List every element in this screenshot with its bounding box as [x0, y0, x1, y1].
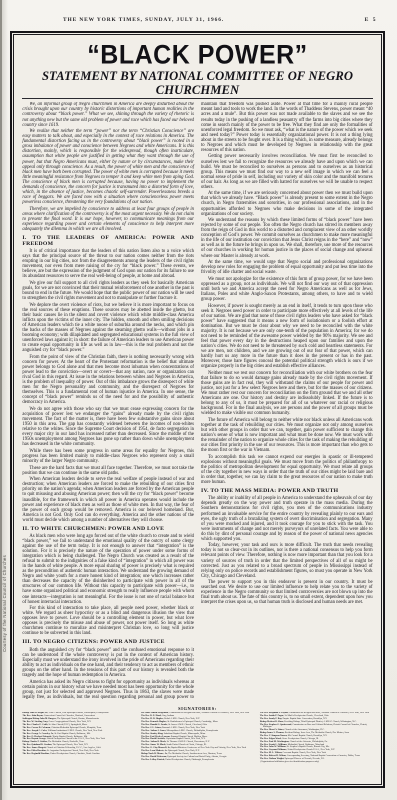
signatory-name: The Rev. M. L. Wilson,	[260, 752, 282, 754]
signatory-name: The Rev. Donald G. Jacobs,	[141, 724, 168, 726]
section-heading: IV. TO THE MASS MEDIA: POWER AND TRUTH	[201, 488, 373, 494]
signatories-column: The Rev. Benjamin F. Payton,Commission o…	[260, 712, 373, 783]
side-credit: Courtesy of the National Council of Chur…	[2, 555, 7, 652]
signatory-name: The Rev. David Nickerson,	[141, 756, 167, 758]
signatory-name: The Rev. Elder Hawkins,	[22, 750, 46, 752]
signatory-affiliation: the Episcopal Church, New York, N.Y.	[164, 750, 199, 752]
signatory-name: The Rev. Quinland R. Gordon,	[22, 744, 52, 746]
signatory-name: The Rev. Arthur B. Mack,	[141, 741, 166, 743]
signatory-name: The Rev. Edgar Ward,	[260, 738, 282, 740]
signatory-name: The Rev. James W. Mack,	[141, 744, 166, 746]
signatory-affiliation: Episcopal Society for Cultural and Racia…	[167, 756, 227, 758]
statement-box-inner: “BLACK POWER” STATEMENT BY NATIONAL COMM…	[13, 34, 381, 784]
statement-paragraph: We must not apologize for the existence …	[201, 277, 373, 302]
signatory-affiliation: St. James A.M.E. Church, Cleveland, Ohio	[168, 724, 207, 726]
statement-paragraph: We give our full support to all civil ri…	[22, 281, 194, 301]
masthead: THE NEW YORK TIMES, SUNDAY, JULY 31, 196…	[63, 17, 224, 23]
signatory-affiliation: St. Bartholomew's Episcopal Church, Camb…	[167, 721, 218, 723]
section-heading: I. TO THE LEADERS OF AMERICA: POWER AND …	[22, 235, 194, 247]
statement-paragraph: The power to support you in this endeavo…	[201, 580, 373, 605]
statement-paragraph: Today, however, your task and ours is mo…	[201, 543, 373, 578]
statement-paragraph: At the same time, if we are seriously co…	[201, 191, 373, 216]
statement-paragraph: Getting power necessarily involves recon…	[201, 154, 373, 189]
section-heading: III. TO NEGRO CITIZENS: POWER AND JUSTIC…	[22, 639, 194, 645]
signatory-name: The Rev. Paul M. Washington,	[260, 741, 289, 743]
signatures-section: SIGNATORIES: Bishop John D. Bright, Sr.,…	[22, 706, 372, 784]
signatory: The Rev. LeRoy Patrick,United Presbyteri…	[141, 759, 254, 761]
signatory-name: Suffragan Bishop John M. Burgess,	[22, 718, 56, 720]
signatory-affiliation: The Methodist Church, Nashville, Tenn.	[48, 741, 85, 743]
signatory-name: The Rev. Sandy F. Ray,	[260, 718, 282, 720]
signatory-name: The Rev. John Bryan,	[22, 715, 43, 717]
signatory-affiliation: United Presbyterian Church, Charlotte, N…	[50, 753, 100, 755]
signatory-name: The Rev. O. Clay Maxwell, Jr.,	[141, 747, 170, 749]
signatory-name: The Rev. James Hargett,	[22, 747, 46, 749]
subtitle: STATEMENT BY NATIONAL COMMITTEE OF NEGRO…	[22, 70, 372, 97]
statement-paragraph: For this kind of interaction to take pla…	[22, 606, 194, 636]
statement-box: “BLACK POWER” STATEMENT BY NATIONAL COMM…	[10, 31, 385, 788]
signatory: The Rev. Reginald Hawkins,United Presbyt…	[22, 753, 135, 755]
statement-paragraph: To accomplish this task we cannot expend…	[201, 455, 373, 485]
signatory-affiliation: Bethel A.M.E. Church, New York, N.Y.	[164, 718, 200, 720]
signatories-heading: SIGNATORIES:	[22, 706, 372, 711]
signatory-name: The Rev. Leon Modeste,	[141, 750, 164, 752]
signatory-affiliation: The Episcopal Church, Boston, Massachuse…	[57, 718, 99, 720]
section-heading: II. TO WHITE CHURCHMEN: POWER AND LOVE	[22, 526, 194, 532]
statement-paragraph: These are the hard facts that we must al…	[22, 466, 194, 476]
signatory-affiliation: St. Paul Baptist Church, Baltimore, Md.	[54, 733, 91, 735]
signatory-name: Bishop Charles F. Golden,	[22, 741, 47, 743]
signatory-affiliation: Episcopal Diocese of Newark, Newark, N.J…	[284, 758, 324, 760]
signatory-name: The Rev. Robert H. Wilson,	[260, 755, 286, 757]
signatory-affiliation: Sabathani Baptist Church, Minneapolis, M…	[163, 733, 206, 735]
signatory-affiliation: Grace Presbyterian Church, Chicago, Ill.	[281, 738, 318, 740]
signatory-name: The Rev. R. E. Hood,	[141, 715, 161, 717]
signatory-affiliation: The Episcopal Church, New York, N.Y.	[52, 744, 88, 746]
intro-paragraph: Therefore, we are impelled by conscience…	[22, 207, 194, 232]
signatory-affiliation: Emanuel A.M.E. Church, New York, New Yor…	[162, 727, 205, 729]
signatory-name: The Rev. V. Simpson Turner,	[260, 735, 287, 737]
signatory-affiliation: Church of Christian Fellowship, U.C.C., …	[46, 747, 101, 749]
signatory-name: The Rev. Frank L. Williams,	[260, 744, 287, 746]
signatory-affiliation: St. Thomas A.M.E.Z. Church, Haverstraw, …	[166, 741, 210, 743]
signatories-column: Bishop John D. Bright, Sr.,AME Church, F…	[22, 712, 135, 783]
signatory-affiliation: Corresponding Secretary, National Baptis…	[286, 755, 360, 757]
signatory-affiliation: United Presbyterian Church U.S.A., New Y…	[287, 749, 335, 751]
statement-paragraph: From the point of view of the Christian …	[22, 355, 194, 405]
signatory-name: The Rev. Stanley King,	[141, 733, 163, 735]
signatory-affiliation: Williams Institutional C.M.E. Church, Ne…	[47, 730, 102, 732]
signatory-name: The Rev. LeRoy Patrick,	[141, 759, 165, 761]
statement-paragraph: At the same time, we would urge that Neg…	[201, 260, 373, 275]
statement-paragraph: The future of America will belong to nei…	[201, 418, 373, 453]
signatory-affiliation: Church of the Atonement, Washington, D.C…	[284, 729, 325, 731]
signatory-affiliation: (Organizational affiliation given for id…	[260, 761, 319, 763]
signatory-affiliation: Mt. Carmel Baptist Church, Brooklyn, N.Y…	[287, 735, 327, 737]
signatory-affiliation: United Presbyterian Church, Pittsburgh, …	[165, 759, 214, 761]
signatory-affiliation: Empire Baptist State Convention, Brookly…	[282, 718, 327, 720]
signatory-affiliation: Grace Congregational Church, New York, N…	[48, 721, 91, 723]
page-number: E 5	[365, 17, 377, 23]
signatory-affiliation: St. John Church (UCC), Springfield, Mass…	[48, 724, 87, 726]
signatory-affiliation: Presiding Bishop, Third Episcopal Distri…	[284, 721, 357, 723]
signatory-affiliation: Connecticut Council of Churches, Hartfor…	[43, 715, 95, 717]
signatory: (Organizational affiliation given for id…	[260, 761, 373, 763]
signatory: The Rev. Stephen G. Spottswood,Commissio…	[260, 724, 373, 729]
signatory-affiliation: Church of the Advocate, Philadelphia, Pa…	[289, 741, 327, 743]
signatory-name: Bishop Noah W. Moore, Jr.,	[141, 753, 168, 755]
statement-paragraph: Neither must we rest our concern for rec…	[201, 371, 373, 416]
signatory-affiliation: South United Church of Christ, Chicago, …	[166, 744, 207, 746]
signatory-affiliation: St. Augustine Presbyterian Church, New Y…	[46, 750, 98, 752]
signatory-name: Bishop James S. Thomas,	[260, 732, 284, 734]
signatory-name: The Rev. H. R. Hughes,	[141, 718, 164, 720]
signatory-affiliation: Gary, Indiana	[161, 715, 174, 717]
signatory-affiliation: Metropolitan A.M.E. Church, Philadelphia…	[166, 730, 218, 732]
signatory-affiliation: St. Mark's Presbyterian Church, Clevelan…	[284, 715, 329, 717]
signatory-name: The Rev. Henri A. Stines,	[260, 729, 284, 731]
signatory-affiliation: Resident Bishop, Iowa Area, The Methodis…	[284, 732, 349, 734]
statement-paragraph: When American leaders decide to serve th…	[22, 477, 194, 522]
signatories-columns: Bishop John D. Bright, Sr.,AME Church, F…	[22, 712, 372, 783]
signatory-name: The Rev. Bryant George,	[22, 738, 46, 740]
signatory-name: The Rev. Gayraud Wilmore,	[260, 749, 287, 751]
signatory-name: The Rev. J. L. Joiner,	[141, 727, 161, 729]
signatory-name: The Rev. Isaiah P. Pogue,	[260, 715, 284, 717]
signatories-column: Dr. Anna Arnold Hedgeman,Commission on R…	[141, 712, 254, 783]
signatory-name: The Rev. Nathan Wright,	[260, 758, 284, 760]
signatory-affiliation: Covenant Baptist Church, New York, New Y…	[282, 752, 326, 754]
signatory-affiliation: The Methodist Church, Southwestern Area,…	[168, 753, 222, 755]
statement-paragraph: Both the anguished cry for “black power”…	[22, 648, 194, 678]
subtitle-rule	[22, 98, 372, 99]
statement-paragraph: We do not agree with those who say that …	[22, 407, 194, 447]
signatory-affiliation: Christian Methodist Episcopal Church, Me…	[51, 727, 102, 729]
signatory-affiliation: Commission on Religion and Race, Nationa…	[169, 712, 250, 714]
signatory-name: Bishop Herbert B. Shaw,	[260, 721, 284, 723]
signatory-name: Dr. Anna Arnold Hedgeman,	[141, 712, 169, 714]
signatory-name: The Rev. George A. Crawley, Jr.,	[22, 733, 53, 735]
signatory-affiliation: Methodist Church, Baltimore, Maryland	[287, 744, 324, 746]
intro-paragraph: We realize that neither the term “power”…	[22, 129, 194, 205]
signatory-name: The Rev. Joseph C. Coles,	[22, 730, 47, 732]
scan-gutter-shadow	[2, 0, 8, 800]
statement-paragraph: We deplore the overt violence of riots, …	[22, 303, 194, 353]
newspaper-page: THE NEW YORK TIMES, SUNDAY, JULY 31, 196…	[0, 0, 397, 800]
statement-paragraph: As black men who were long ago forced ou…	[22, 534, 194, 605]
statement-body: We, an informal group of Negro churchmen…	[22, 102, 372, 703]
signatory-name: The Rev. Caesar D. Coleman,	[22, 727, 50, 729]
intro-paragraph: We, an informal group of Negro churchmen…	[22, 102, 194, 127]
headline: “BLACK POWER”	[22, 42, 372, 70]
signatory-name: The Rev. Reginald Hawkins,	[22, 753, 49, 755]
signatory-affiliation: United Presbyterian Church in the U.S.A.…	[46, 738, 105, 740]
signatory-name: The Rev. W. Sterling Cary,	[22, 721, 48, 723]
statement-paragraph: While there has been some progress in so…	[22, 449, 194, 464]
signatory-name: The Rev. Kenneth Hughes,	[141, 721, 167, 723]
signatory-name: The Rev. Arthur A. Jones,	[141, 730, 166, 732]
statement-paragraph: However, if power is sought merely as an…	[201, 304, 373, 370]
masthead-row: THE NEW YORK TIMES, SUNDAY, JULY 31, 196…	[63, 17, 377, 23]
signatory-affiliation: Baptist Ministers Conference of New York…	[171, 747, 246, 749]
statement-paragraph: It is of critical importance that the le…	[22, 249, 194, 279]
signatory-name: The Rev. Charles E. Cobb,	[22, 724, 48, 726]
statement-paragraph: We understand the reasons by which these…	[201, 218, 373, 258]
statement-paragraph: The ability or inability of all people i…	[201, 496, 373, 541]
